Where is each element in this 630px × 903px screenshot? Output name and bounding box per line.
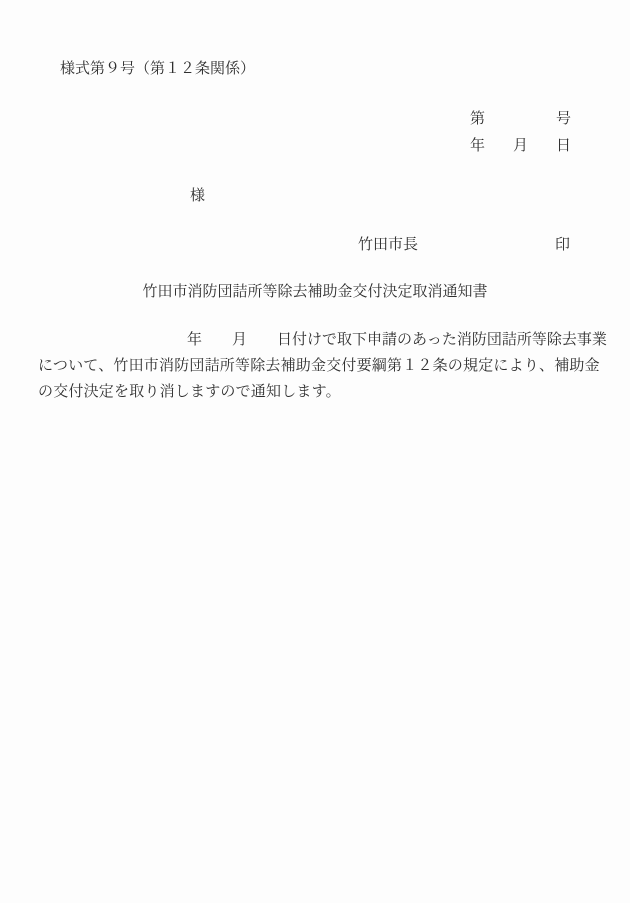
document-title: 竹田市消防団詰所等除去補助金交付決定取消通知書 — [0, 285, 630, 300]
addressee-honorific: 様 — [190, 189, 205, 204]
doc-number-line: 第 号 — [470, 112, 571, 127]
body-line: の交付決定を取り消しますので通知します。 — [38, 385, 341, 400]
seal-label: 印 — [555, 238, 570, 253]
body-line: について、竹田市消防団詰所等除去補助金交付要綱第１２条の規定により、補助金 — [38, 359, 600, 374]
doc-number-suffix: 号 — [556, 112, 571, 127]
doc-number-prefix: 第 — [470, 112, 485, 127]
sender-line: 竹田市長 印 — [358, 238, 570, 253]
body-line: 年 月 日付けで取下申請のあった消防団詰所等除去事業 — [187, 333, 607, 348]
date-line: 年 月 日 — [470, 139, 571, 154]
year-label: 年 — [470, 139, 485, 154]
form-number: 様式第９号（第１２条関係） — [60, 62, 255, 77]
day-label: 日 — [556, 139, 571, 154]
month-label: 月 — [513, 139, 528, 154]
sender-name: 竹田市長 — [358, 238, 418, 253]
document-page: 様式第９号（第１２条関係） 第 号 年 月 日 様 竹田市長 印 竹田市消防団詰… — [0, 0, 630, 903]
